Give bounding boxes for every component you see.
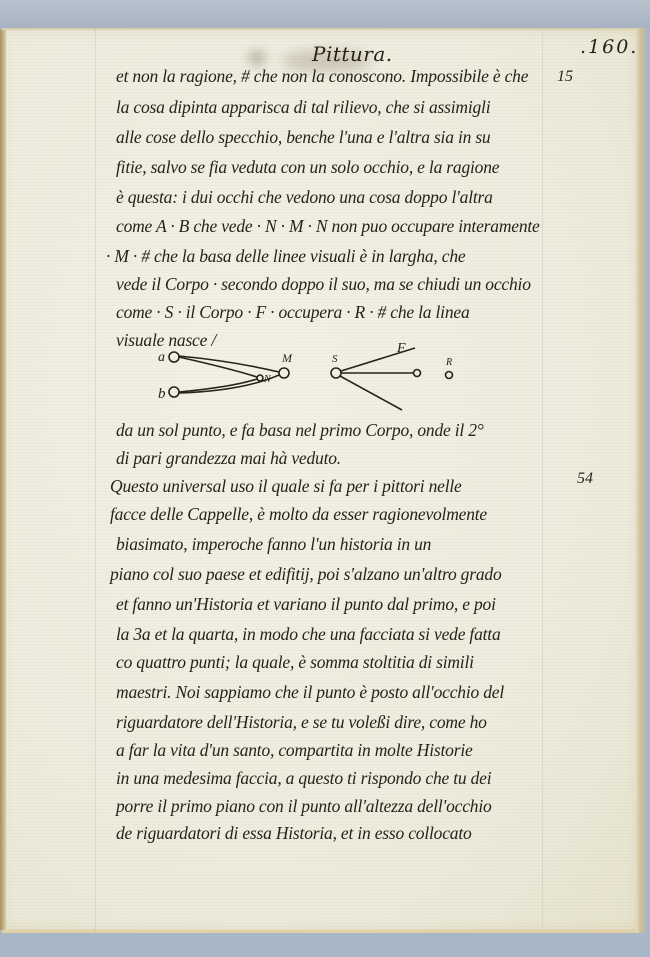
left-margin-rule — [95, 30, 96, 930]
manuscript-line: come · S · il Corpo · F · occupera · R ·… — [116, 302, 470, 323]
manuscript-line: · M · # che la basa delle linee visuali … — [106, 246, 465, 267]
binding-edge — [0, 30, 6, 930]
manuscript-line: a far la vita d'un santo, compartita in … — [116, 740, 473, 761]
manuscript-line: biasimato, imperoche fanno l'un historia… — [116, 534, 431, 555]
scanner-backdrop — [0, 0, 650, 30]
diagram-label-a: a — [158, 350, 165, 365]
diagram-label-m: M — [281, 351, 293, 365]
manuscript-line: fitie, salvo se fia veduta con un solo o… — [116, 157, 499, 178]
manuscript-line: in una medesima faccia, a questo ti risp… — [116, 768, 491, 789]
manuscript-page: Pittura. .160. 15 54 et non la ragione, … — [2, 28, 638, 933]
manuscript-line: è questa: i dui occhi che vedono una cos… — [116, 187, 493, 208]
ink-bleed-stain — [250, 52, 264, 64]
diagram-label-s: S — [332, 353, 338, 365]
manuscript-line: de riguardatori di essa Historia, et in … — [116, 823, 472, 844]
manuscript-line: come A · B che vede · N · M · N non puo … — [116, 216, 540, 237]
manuscript-line: Questo universal uso il quale si fa per … — [110, 476, 462, 497]
manuscript-line: di pari grandezza mai hà veduto. — [116, 448, 341, 469]
manuscript-line: vede il Corpo · secondo doppo il suo, ma… — [116, 274, 531, 295]
manuscript-line: la 3a et la quarta, in modo che una facc… — [116, 624, 501, 645]
margin-note: 54 — [577, 470, 593, 488]
manuscript-line: riguardatore dell'Historia, e se tu vole… — [116, 712, 487, 733]
manuscript-line: la cosa dipinta apparisca di tal rilievo… — [116, 97, 490, 118]
manuscript-line: da un sol punto, e fa basa nel primo Cor… — [116, 420, 484, 441]
page-fore-edge — [636, 28, 646, 933]
diagram-label-b: b — [158, 386, 166, 402]
manuscript-line: alle cose dello specchio, benche l'una e… — [116, 127, 491, 148]
diagram-label-f: F — [396, 341, 406, 356]
visual-lines-diagram: a b N M S F R — [152, 335, 482, 415]
folio-number: .160. — [580, 36, 638, 58]
manuscript-line: et non la ragione, # che non la conoscon… — [116, 66, 528, 87]
manuscript-line: porre il primo piano con il punto all'al… — [116, 796, 492, 817]
diagram-label-r: R — [445, 357, 452, 368]
margin-note: 15 — [557, 68, 573, 86]
diagram-label-n: N — [263, 374, 272, 385]
manuscript-line: co quattro punti; la quale, è somma stol… — [116, 652, 474, 673]
page-title: Pittura. — [312, 42, 393, 66]
manuscript-line: et fanno un'Historia et variano il punto… — [116, 594, 496, 615]
manuscript-line: facce delle Cappelle, è molto da esser r… — [110, 504, 487, 525]
manuscript-line: piano col suo paese et edifitij, poi s'a… — [110, 564, 502, 585]
manuscript-line: maestri. Noi sappiamo che il punto è pos… — [116, 682, 504, 703]
right-margin-rule — [542, 30, 543, 930]
